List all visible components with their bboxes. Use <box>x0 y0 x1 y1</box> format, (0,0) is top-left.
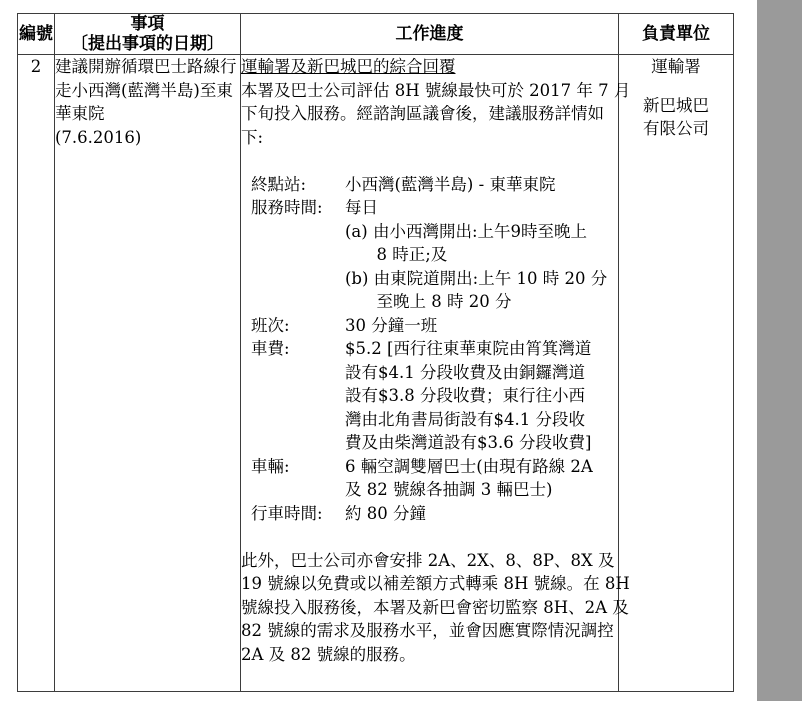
spacer <box>241 525 618 549</box>
detail-label: 終點站: <box>251 173 345 197</box>
col-header-number: 編號 <box>18 14 55 55</box>
item-number: 2 <box>18 55 54 79</box>
col-header-matter-subtitle: 〔提出事項的日期〕 <box>55 34 240 54</box>
detail-label: 班次: <box>251 314 345 338</box>
unit-cell: 運輸署 新巴城巴有限公司 <box>619 55 734 692</box>
detail-value: 30 分鐘一班 <box>345 314 618 338</box>
closing-text: 此外，巴士公司亦會安排 2A、2X、8、8P、8X 及19 號線以免費或以補差額… <box>241 549 618 667</box>
detail-label: 車輛: <box>251 455 345 502</box>
matter-cell: 建議開辦循環巴士路線行走小西灣(藍灣半島)至東華東院(7.6.2016) <box>55 55 241 692</box>
detail-fare: 車費: $5.2 [西行往東華東院由筲箕灣道設有$4.1 分段收費及由銅鑼灣道設… <box>241 337 618 455</box>
detail-label: 行車時間: <box>251 502 345 526</box>
col-header-matter: 事項 〔提出事項的日期〕 <box>55 14 241 55</box>
matter-text: 建議開辦循環巴士路線行走小西灣(藍灣半島)至東華東院(7.6.2016) <box>55 55 240 149</box>
outside-page-area <box>757 0 802 701</box>
detail-label: 車費: <box>251 337 345 455</box>
progress-table: 編號 事項 〔提出事項的日期〕 工作進度 負責單位 2 建議開辦循環巴士路線行走… <box>17 13 734 692</box>
col-header-unit: 負責單位 <box>619 14 734 55</box>
progress-cell: 運輸署及新巴城巴的綜合回覆 本署及巴士公司評估 8H 號線最快可於 2017 年… <box>241 55 619 692</box>
detail-frequency: 班次: 30 分鐘一班 <box>241 314 618 338</box>
header-row: 編號 事項 〔提出事項的日期〕 工作進度 負責單位 <box>18 14 734 55</box>
detail-value: 小西灣(藍灣半島) - 東華東院 <box>345 173 618 197</box>
intro-text: 本署及巴士公司評估 8H 號線最快可於 2017 年 7 月下旬投入服務。經諮詢… <box>241 79 618 150</box>
detail-journey-time: 行車時間: 約 80 分鐘 <box>241 502 618 526</box>
unit-new-world-first-bus: 新巴城巴有限公司 <box>619 94 733 141</box>
item-row: 2 建議開辦循環巴士路線行走小西灣(藍灣半島)至東華東院(7.6.2016) 運… <box>18 55 734 692</box>
col-header-progress: 工作進度 <box>241 14 619 55</box>
spacer <box>241 149 618 173</box>
item-number-cell: 2 <box>18 55 55 692</box>
detail-vehicles: 車輛: 6 輛空調雙層巴士(由現有路線 2A及 82 號線各抽調 3 輛巴士) <box>241 455 618 502</box>
detail-terminus: 終點站: 小西灣(藍灣半島) - 東華東院 <box>241 173 618 197</box>
detail-label: 服務時間: <box>251 196 345 314</box>
reply-title: 運輸署及新巴城巴的綜合回覆 <box>241 55 618 79</box>
unit-transport-department: 運輸署 <box>619 55 733 79</box>
detail-service-hours: 服務時間: 每日(a) 由小西灣開出:上午9時至晚上 8 時正;及(b) 由東院… <box>241 196 618 314</box>
detail-value: 約 80 分鐘 <box>345 502 618 526</box>
detail-value: 每日(a) 由小西灣開出:上午9時至晚上 8 時正;及(b) 由東院道開出:上午… <box>345 196 618 314</box>
col-header-matter-title: 事項 <box>55 14 240 34</box>
document-page: 編號 事項 〔提出事項的日期〕 工作進度 負責單位 2 建議開辦循環巴士路線行走… <box>0 0 802 701</box>
detail-value: $5.2 [西行往東華東院由筲箕灣道設有$4.1 分段收費及由銅鑼灣道設有$3.… <box>345 337 618 455</box>
detail-value: 6 輛空調雙層巴士(由現有路線 2A及 82 號線各抽調 3 輛巴士) <box>345 455 618 502</box>
